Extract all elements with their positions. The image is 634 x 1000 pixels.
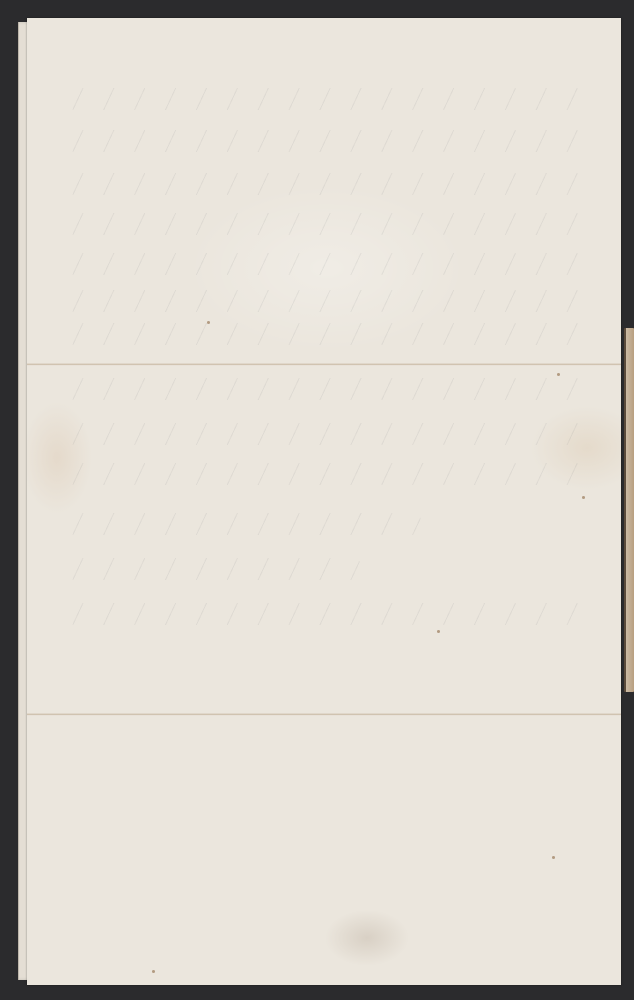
ink-spot xyxy=(152,970,155,973)
bleed-through-line xyxy=(67,290,591,312)
attached-paper-strip xyxy=(624,328,634,692)
ink-spot xyxy=(437,630,440,633)
ink-spot xyxy=(557,373,560,376)
letter-page xyxy=(27,18,621,985)
bleed-through-line xyxy=(67,213,591,235)
ink-spot xyxy=(582,496,585,499)
ink-spot xyxy=(552,856,555,859)
fold-line xyxy=(27,363,621,366)
bleed-through-line xyxy=(67,603,591,625)
ink-spot xyxy=(207,321,210,324)
bleed-through-line xyxy=(67,378,591,400)
bleed-through-line xyxy=(67,513,421,535)
bleed-through-line xyxy=(67,423,591,445)
bleed-through-line xyxy=(67,130,591,152)
bleed-through-line xyxy=(67,323,591,345)
fold-line xyxy=(27,713,621,716)
bleed-through-line xyxy=(67,173,591,195)
bleed-through-line xyxy=(67,253,591,275)
bleed-through-line xyxy=(67,463,591,485)
bleed-through-line xyxy=(67,88,591,110)
bleed-through-line xyxy=(67,558,361,580)
